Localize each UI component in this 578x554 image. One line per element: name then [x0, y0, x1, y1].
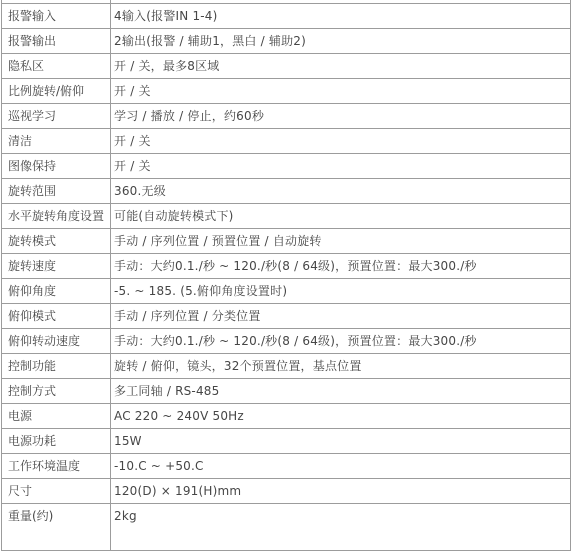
spec-value-cell: 360.无级 [111, 179, 571, 204]
spec-value-cell: 开 / 关 [111, 79, 571, 104]
table-row: 报警输入 4输入(报警IN 1-4) [2, 4, 571, 29]
spec-value-cell: -10.C ~ +50.C [111, 454, 571, 479]
table-row: 尺寸 120(D) × 191(H)mm [2, 479, 571, 504]
spec-label-cell: 隐私区 [2, 54, 111, 79]
table-row: 图像保持 开 / 关 [2, 154, 571, 179]
spec-label-cell: 控制方式 [2, 379, 111, 404]
spec-label-cell: 旋转范围 [2, 179, 111, 204]
spec-value-cell: 开 / 关 [111, 129, 571, 154]
table-row: 俯仰转动速度 手动：大约0.1./秒 ~ 120./秒(8 / 64级)，预置位… [2, 329, 571, 354]
spec-label-cell: 旋转模式 [2, 229, 111, 254]
spec-label-cell: 俯仰角度 [2, 279, 111, 304]
table-row: 隐私区 开 / 关，最多8区域 [2, 54, 571, 79]
table-row: 重量(约) 2kg [2, 504, 571, 551]
spec-label-cell: 工作环境温度 [2, 454, 111, 479]
spec-value-cell: 2kg [111, 504, 571, 551]
spec-label-cell: 水平旋转角度设置 [2, 204, 111, 229]
spec-value-cell: 4输入(报警IN 1-4) [111, 4, 571, 29]
table-row: 控制方式 多工同轴 / RS-485 [2, 379, 571, 404]
spec-value-cell: 手动：大约0.1./秒 ~ 120./秒(8 / 64级)，预置位置：最大300… [111, 329, 571, 354]
spec-value-cell: 15W [111, 429, 571, 454]
table-row: 报警输出 2输出(报警 / 辅助1，黑白 / 辅助2) [2, 29, 571, 54]
spec-value-cell: 手动：大约0.1./秒 ~ 120./秒(8 / 64级)，预置位置：最大300… [111, 254, 571, 279]
spec-value-cell: 多工同轴 / RS-485 [111, 379, 571, 404]
table-row: 清洁 开 / 关 [2, 129, 571, 154]
table-row: 俯仰模式 手动 / 序列位置 / 分类位置 [2, 304, 571, 329]
table-row: 控制功能 旋转 / 俯仰，镜头，32个预置位置，基点位置 [2, 354, 571, 379]
table-row: 俯仰角度 -5. ~ 185. (5.俯仰角度设置时) [2, 279, 571, 304]
spec-label-cell: 旋转速度 [2, 254, 111, 279]
spec-value-cell: 开 / 关，最多8区域 [111, 54, 571, 79]
table-row: 工作环境温度 -10.C ~ +50.C [2, 454, 571, 479]
spec-value-cell: 120(D) × 191(H)mm [111, 479, 571, 504]
spec-label-cell: 控制功能 [2, 354, 111, 379]
spec-value-cell: 2输出(报警 / 辅助1，黑白 / 辅助2) [111, 29, 571, 54]
spec-value-cell: AC 220 ~ 240V 50Hz [111, 404, 571, 429]
table-row: 电源功耗 15W [2, 429, 571, 454]
spec-value-cell: 学习 / 播放 / 停止，约60秒 [111, 104, 571, 129]
table-row: 旋转模式 手动 / 序列位置 / 预置位置 / 自动旋转 [2, 229, 571, 254]
spec-value-cell: 手动 / 序列位置 / 分类位置 [111, 304, 571, 329]
spec-value-cell: -5. ~ 185. (5.俯仰角度设置时) [111, 279, 571, 304]
spec-label-cell: 电源功耗 [2, 429, 111, 454]
table-row: 电源 AC 220 ~ 240V 50Hz [2, 404, 571, 429]
spec-label-cell: 报警输入 [2, 4, 111, 29]
spec-label-cell: 重量(约) [2, 504, 111, 551]
spec-sheet-viewport: 报警输入 4输入(报警IN 1-4) 报警输出 2输出(报警 / 辅助1，黑白 … [0, 0, 578, 554]
spec-value-cell: 可能(自动旋转模式下) [111, 204, 571, 229]
table-row: 巡视学习 学习 / 播放 / 停止，约60秒 [2, 104, 571, 129]
spec-label-cell: 俯仰模式 [2, 304, 111, 329]
spec-label-cell: 图像保持 [2, 154, 111, 179]
spec-label-cell: 巡视学习 [2, 104, 111, 129]
spec-label-cell: 比例旋转/俯仰 [2, 79, 111, 104]
spec-label-cell: 尺寸 [2, 479, 111, 504]
spec-value-cell: 旋转 / 俯仰，镜头，32个预置位置，基点位置 [111, 354, 571, 379]
spec-label-cell: 电源 [2, 404, 111, 429]
specs-table: 报警输入 4输入(报警IN 1-4) 报警输出 2输出(报警 / 辅助1，黑白 … [1, 0, 571, 551]
spec-label-cell: 俯仰转动速度 [2, 329, 111, 354]
table-row: 旋转速度 手动：大约0.1./秒 ~ 120./秒(8 / 64级)，预置位置：… [2, 254, 571, 279]
spec-label-cell: 报警输出 [2, 29, 111, 54]
spec-label-cell: 清洁 [2, 129, 111, 154]
spec-value-cell: 开 / 关 [111, 154, 571, 179]
table-row: 水平旋转角度设置 可能(自动旋转模式下) [2, 204, 571, 229]
table-row: 比例旋转/俯仰 开 / 关 [2, 79, 571, 104]
spec-value-cell: 手动 / 序列位置 / 预置位置 / 自动旋转 [111, 229, 571, 254]
table-row: 旋转范围 360.无级 [2, 179, 571, 204]
